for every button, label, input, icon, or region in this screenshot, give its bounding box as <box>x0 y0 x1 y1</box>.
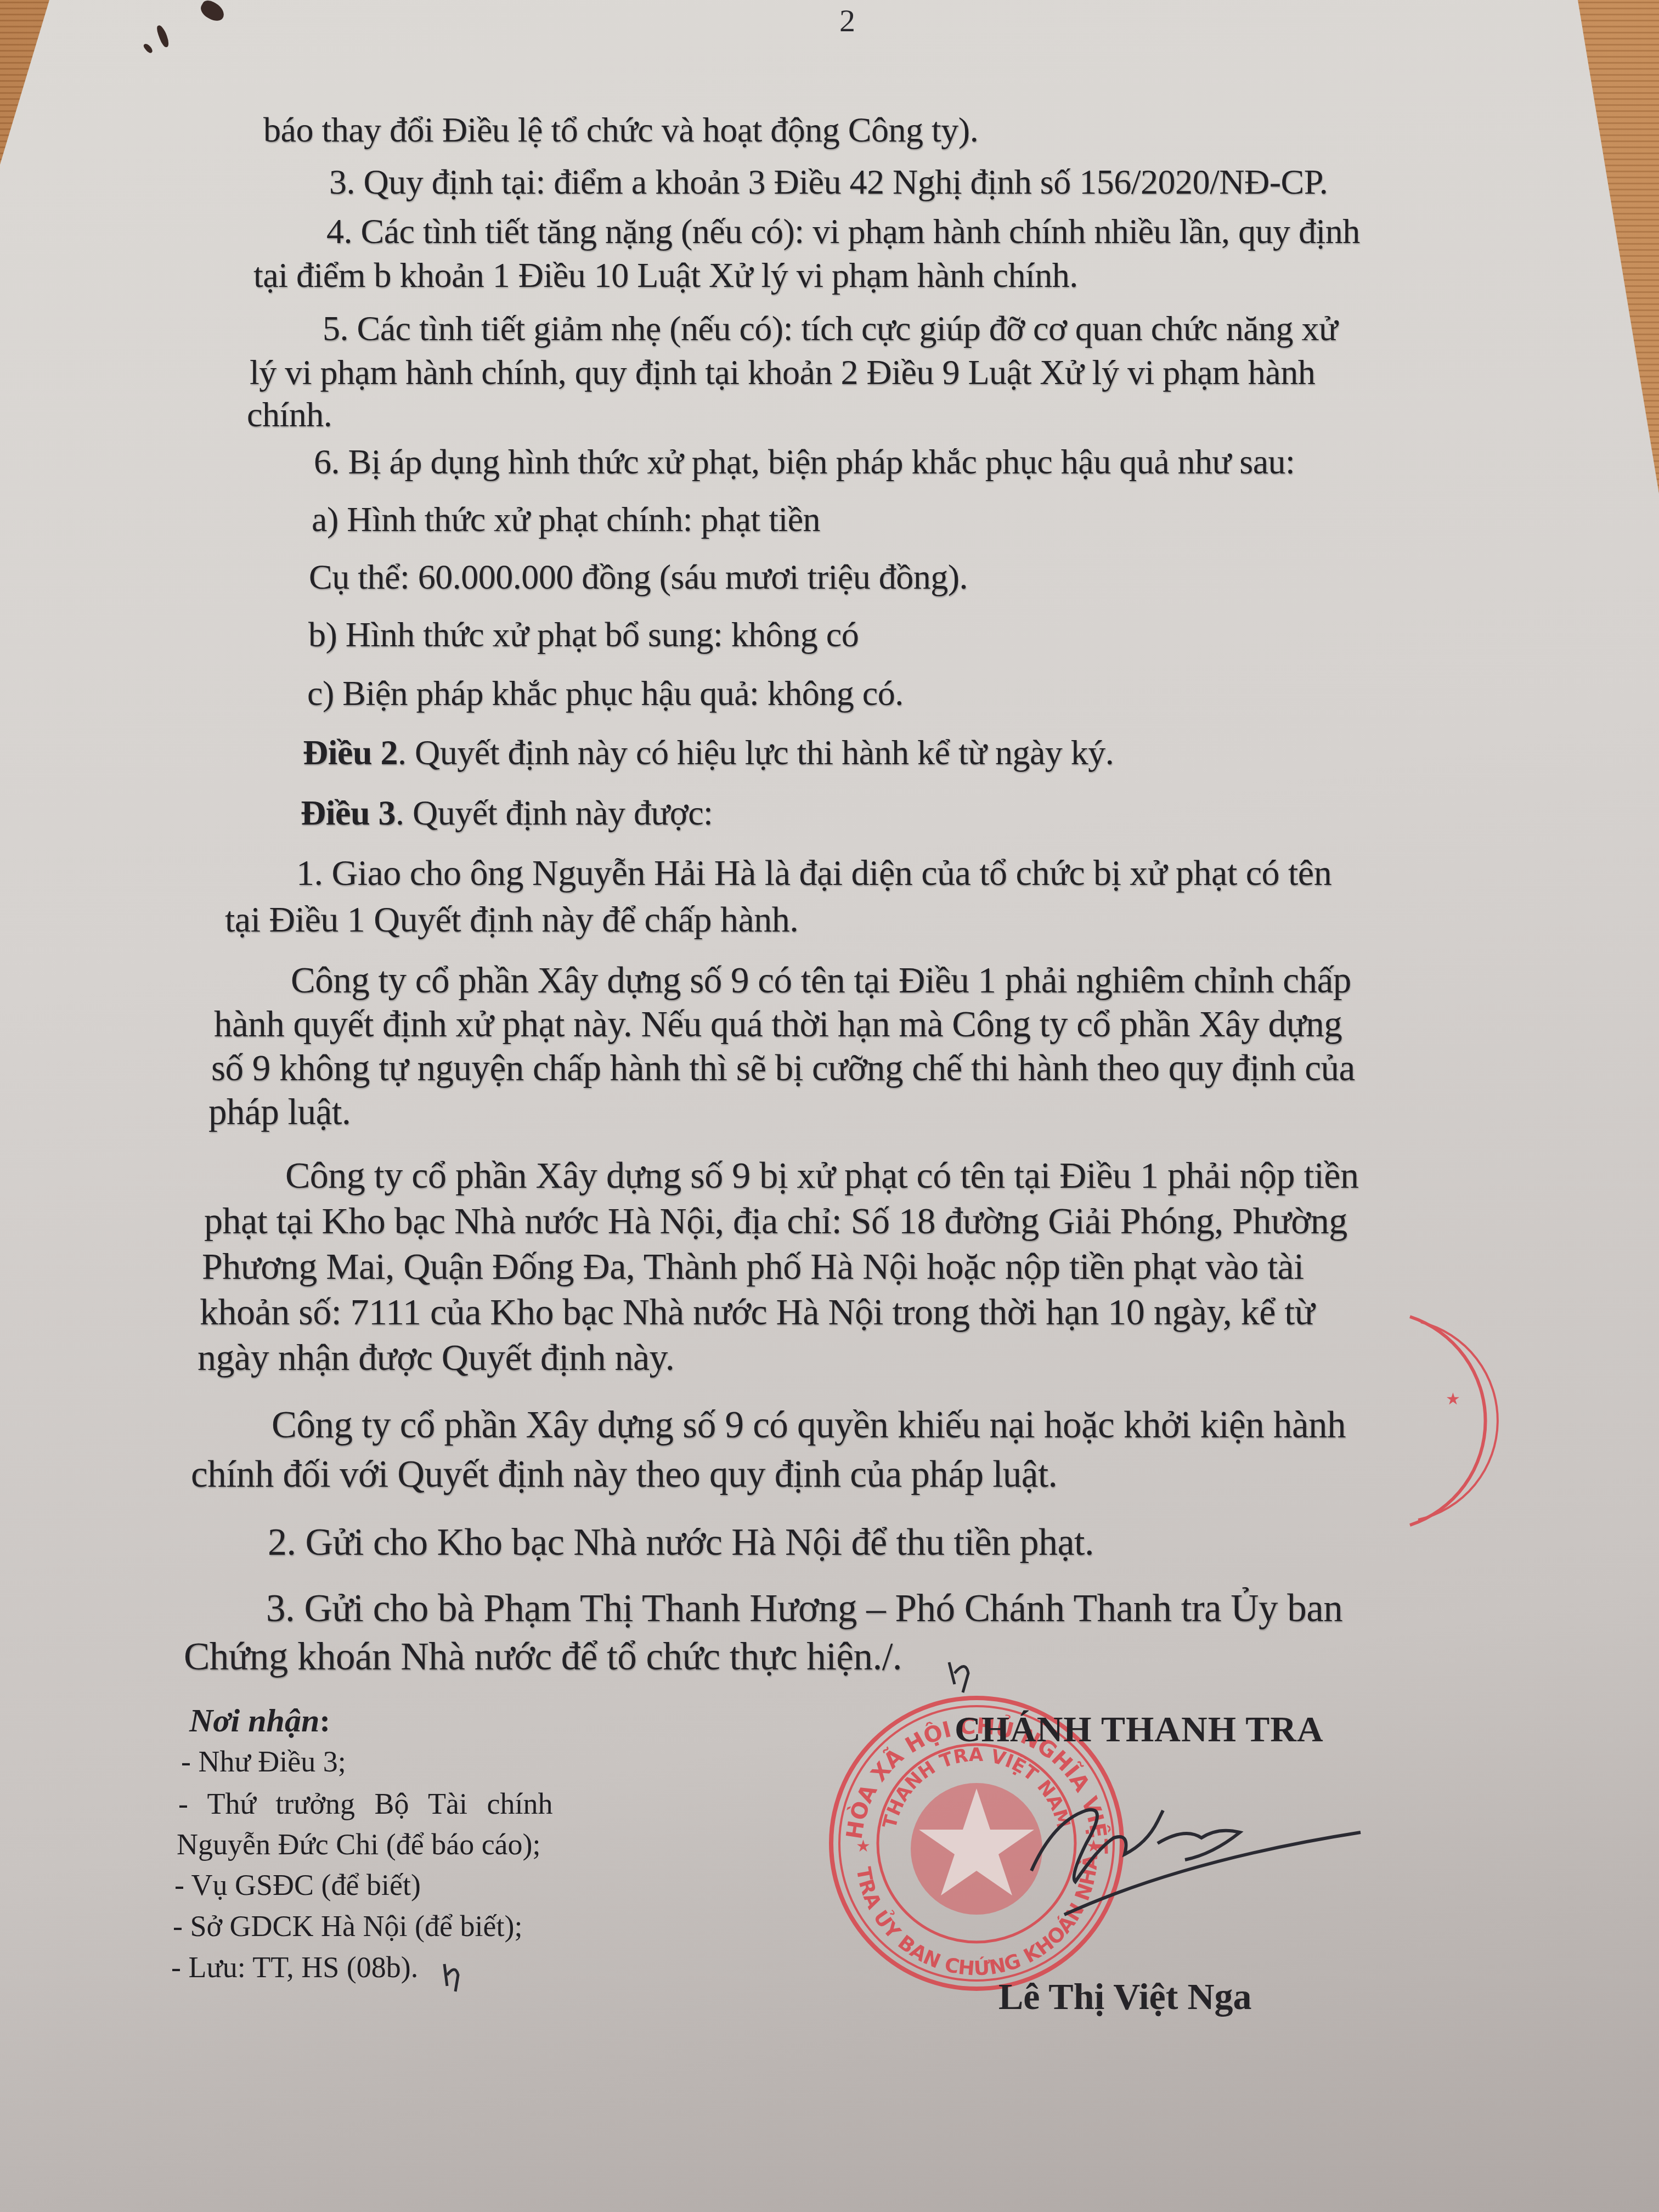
recipient-item: - Như Điều 3; <box>181 1742 346 1781</box>
signatory-name: Lê Thị Việt Nga <box>998 1975 1252 2018</box>
article-2: Điều 2. Quyết định này có hiệu lực thi h… <box>303 730 1114 776</box>
recipient-item: - Lưu: TT, HS (08b). <box>171 1948 418 1987</box>
paragraph-compliance-line3: số 9 không tự nguyện chấp hành thì sẽ bị… <box>211 1045 1355 1091</box>
recipient-item: - Thứ trưởng Bộ Tài chính <box>178 1784 553 1824</box>
handwritten-signature <box>1020 1778 1372 1920</box>
article-3-item-3-line1: 3. Gửi cho bà Phạm Thị Thanh Hương – Phó… <box>266 1585 1342 1632</box>
paragraph-payment-line2: phạt tại Kho bạc Nhà nước Hà Nội, địa ch… <box>204 1198 1347 1244</box>
clause-5-line2: lý vi phạm hành chính, quy định tại khoả… <box>250 349 1315 396</box>
clause-5-line3: chính. <box>247 392 332 438</box>
recipients-heading: Nơi nhận: <box>189 1701 330 1740</box>
ink-mark <box>155 24 171 48</box>
paragraph-payment-line4: khoản số: 7111 của Kho bạc Nhà nước Hà N… <box>200 1289 1314 1335</box>
article-2-label: Điều 2 <box>303 733 398 772</box>
clause-6b: b) Hình thức xử phạt bổ sung: không có <box>308 612 859 658</box>
clause-4-line1: 4. Các tình tiết tăng nặng (nếu có): vi … <box>326 208 1360 255</box>
article-3: Điều 3. Quyết định này được: <box>301 790 713 836</box>
clause-4-line2: tại điểm b khoản 1 Điều 10 Luật Xử lý vi… <box>253 252 1078 298</box>
article-3-item-1-line2: tại Điều 1 Quyết định này để chấp hành. <box>225 897 798 943</box>
paragraph-compliance-line4: pháp luật. <box>208 1089 351 1135</box>
article-3-text: . Quyết định này được: <box>396 793 713 832</box>
initials-mark <box>439 1959 472 1997</box>
svg-text:★: ★ <box>856 1837 871 1855</box>
svg-text:★: ★ <box>1446 1390 1460 1408</box>
article-3-item-3-line2: Chứng khoán Nhà nước để tổ chức thực hiệ… <box>184 1634 902 1680</box>
page-number: 2 <box>839 2 855 39</box>
clause-6a-amount: Cụ thể: 60.000.000 đồng (sáu mươi triệu … <box>309 554 968 600</box>
paragraph-payment-line5: ngày nhận được Quyết định này. <box>198 1334 674 1380</box>
ink-mark <box>143 42 154 54</box>
recipient-item: - Vụ GSĐC (để biết) <box>174 1865 421 1905</box>
body-line: báo thay đổi Điều lệ tổ chức và hoạt độn… <box>263 107 978 153</box>
clause-5-line1: 5. Các tình tiết giảm nhẹ (nếu có): tích… <box>323 306 1338 352</box>
article-2-text: . Quyết định này có hiệu lực thi hành kể… <box>398 733 1114 772</box>
recipient-item: Nguyễn Đức Chi (để báo cáo); <box>177 1825 541 1864</box>
clause-3: 3. Quy định tại: điểm a khoản 3 Điều 42 … <box>329 159 1328 205</box>
document-page: 2 báo thay đổi Điều lệ tổ chức và hoạt đ… <box>0 0 1659 2212</box>
clause-6: 6. Bị áp dụng hình thức xử phạt, biện ph… <box>314 439 1295 485</box>
paragraph-payment-line1: Công ty cổ phần Xây dựng số 9 bị xử phạt… <box>285 1152 1359 1198</box>
paragraph-compliance-line1: Công ty cổ phần Xây dựng số 9 có tên tại… <box>291 957 1351 1003</box>
initials-mark <box>944 1651 982 1695</box>
article-3-item-1-line1: 1. Giao cho ông Nguyễn Hải Hà là đại diệ… <box>296 850 1331 896</box>
margin-seal-stamp: ★ <box>1404 1311 1503 1531</box>
paragraph-appeal-line1: Công ty cổ phần Xây dựng số 9 có quyền k… <box>272 1402 1346 1448</box>
paragraph-appeal-line2: chính đối với Quyết định này theo quy đị… <box>191 1451 1057 1497</box>
article-3-label: Điều 3 <box>301 793 396 832</box>
signatory-title: CHÁNH THANH TRA <box>955 1709 1324 1751</box>
recipient-item: - Sở GDCK Hà Nội (để biết); <box>173 1906 522 1946</box>
clause-6c: c) Biện pháp khắc phục hậu quả: không có… <box>307 670 904 716</box>
paragraph-payment-line3: Phương Mai, Quận Đống Đa, Thành phố Hà N… <box>202 1243 1304 1289</box>
paragraph-compliance-line2: hành quyết định xử phạt này. Nếu quá thờ… <box>214 1001 1342 1047</box>
ink-mark <box>198 0 228 24</box>
clause-6a: a) Hình thức xử phạt chính: phạt tiền <box>312 496 820 543</box>
article-3-item-2: 2. Gửi cho Kho bạc Nhà nước Hà Nội để th… <box>268 1520 1094 1566</box>
